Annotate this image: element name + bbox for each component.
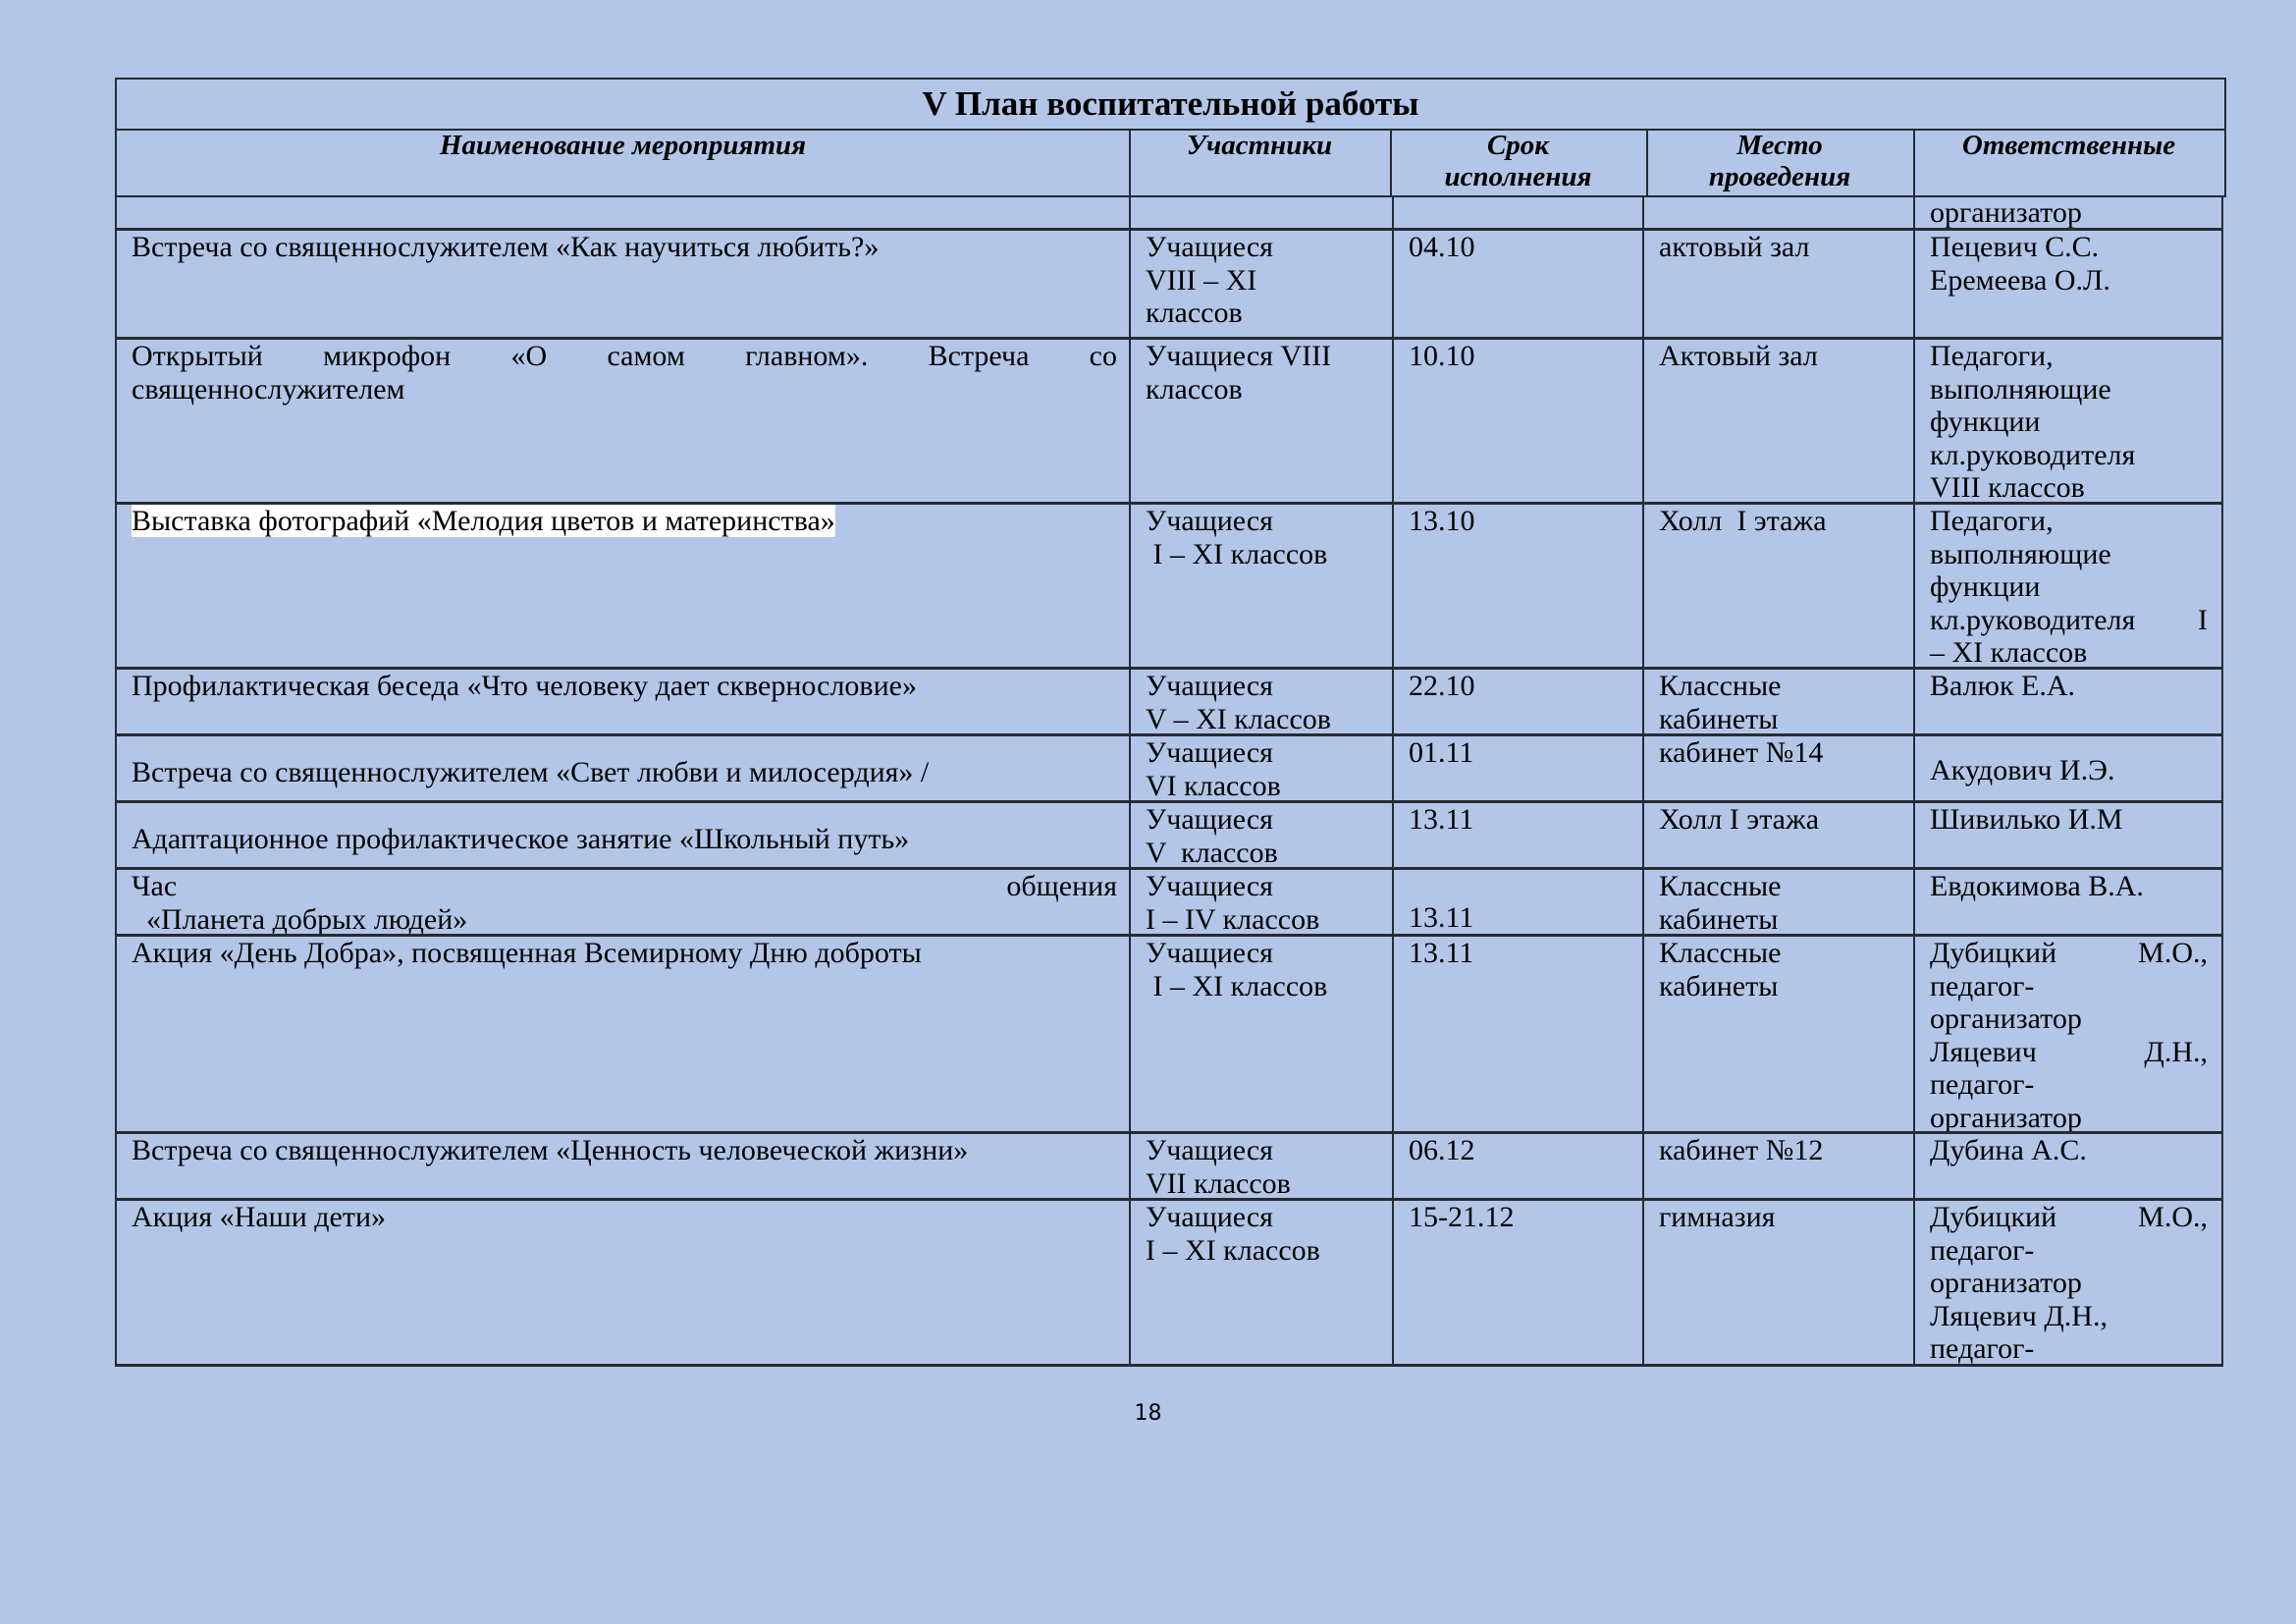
cell-responsible: Шивилько И.М [1913,803,2223,870]
cell-place: гимназия [1642,1201,1915,1367]
cell-text: Еремеева О.Л. [1930,264,2208,298]
cell-event: Встреча со священнослужителем «Свет любв… [115,736,1131,803]
cell-event: Выставка фотографий «Мелодия цветов и ма… [115,505,1131,670]
table-row: Адаптационное профилактическое занятие «… [115,803,2223,870]
cell-text: I – IV классов [1146,903,1380,937]
column-header-label: исполнения [1390,161,1646,192]
cell-text: Акция «Наши дети» [132,1201,1117,1234]
cell-text: Учащиеся VIII [1146,340,1380,373]
cell-event [115,196,1131,231]
column-header-label: Место [1646,130,1913,161]
cell-text: актовый зал [1659,231,1901,264]
cell-text: выполняющие [1930,373,2208,406]
column-header-event: Наименование мероприятия [115,129,1131,197]
cell-text: Час общения [132,870,1117,903]
table-row: Выставка фотографий «Мелодия цветов и ма… [115,505,2223,670]
highlighted-cell-text: Выставка фотографий «Мелодия цветов и ма… [132,505,835,537]
cell-responsible: Педагоги,выполняющиефункциикл.руководите… [1913,505,2223,670]
cell-place: кабинет №12 [1642,1134,1915,1201]
cell-text: 01.11 [1409,736,1630,770]
cell-place: Классныекабинеты [1642,870,1915,937]
column-header-responsible: Ответственные [1913,129,2226,197]
cell-text: «Планета добрых людей» [132,903,1117,937]
cell-text: Евдокимова В.А. [1930,870,2208,903]
table-header: Наименование мероприятияУчастникиСрокисп… [115,129,2226,197]
cell-text: Педагоги, [1930,340,2208,373]
cell-text: Классные [1659,870,1901,903]
cell-text: Акция «День Добра», посвященная Всемирно… [132,937,1117,970]
cell-text: Педагоги, [1930,505,2208,538]
cell-text: гимназия [1659,1201,1901,1234]
cell-participants: УчащиесяVIII – XIклассов [1129,231,1394,340]
cell-text: кабинеты [1659,903,1901,937]
cell-text: V – XI классов [1146,703,1380,736]
cell-text: Встреча со священнослужителем «Свет любв… [132,756,1117,789]
cell-text: организатор [1930,1102,2208,1135]
cell-deadline: 01.11 [1392,736,1644,803]
cell-text: Актовый зал [1659,340,1901,373]
cell-text: Учащиеся [1146,803,1380,837]
cell-event: Встреча со священнослужителем «Ценность … [115,1134,1131,1201]
cell-text: Валюк Е.А. [1930,670,2208,703]
table-row: Встреча со священнослужителем «Как научи… [115,231,2223,340]
cell-text: педагог- [1930,1234,2208,1268]
cell-text: Холл I этажа [1659,505,1901,538]
cell-text: Открытый микрофон «О самом главном». Вст… [132,340,1117,373]
table-row: Встреча со священнослужителем «Ценность … [115,1134,2223,1201]
cell-text: Адаптационное профилактическое занятие «… [132,823,1117,856]
cell-participants: УчащиесяI – XI классов [1129,1201,1394,1367]
cell-text: функции [1930,570,2208,604]
table-row: Акция «День Добра», посвященная Всемирно… [115,937,2223,1134]
cell-text: Встреча со священнослужителем «Ценность … [132,1134,1117,1167]
cell-place: Холл I этажа [1642,505,1915,670]
cell-text: – XI классов [1930,636,2208,670]
cell-text: Учащиеся [1146,670,1380,703]
cell-text: 15-21.12 [1409,1201,1630,1234]
cell-participants: Учащиеся VIIIклассов [1129,340,1394,505]
cell-event: Акция «Наши дети» [115,1201,1131,1367]
cell-text: Встреча со священнослужителем «Как научи… [132,231,1117,264]
cell-text: выполняющие [1930,538,2208,571]
cell-text: организатор [1930,196,2208,230]
cell-participants: УчащиесяV – XI классов [1129,670,1394,736]
cell-event: Встреча со священнослужителем «Как научи… [115,231,1131,340]
column-header-label: Наименование мероприятия [117,130,1129,161]
cell-deadline: 06.12 [1392,1134,1644,1201]
cell-place [1642,196,1915,231]
cell-participants: Учащиеся I – XI классов [1129,937,1394,1134]
cell-deadline: 13.10 [1392,505,1644,670]
cell-event: Адаптационное профилактическое занятие «… [115,803,1131,870]
cell-text: педагог- [1930,1068,2208,1102]
cell-text: 06.12 [1409,1134,1630,1167]
cell-responsible: Евдокимова В.А. [1913,870,2223,937]
cell-responsible: Дубина А.С. [1913,1134,2223,1201]
cell-text: кл.руководителя I [1930,604,2208,637]
cell-text: священнослужителем [132,373,1117,406]
cell-text: педагог- [1930,1332,2208,1366]
cell-responsible: Дубицкий М.О.,педагог-организаторЛяцевич… [1913,937,2223,1134]
cell-place: Классныекабинеты [1642,670,1915,736]
column-header-label: Ответственные [1913,130,2224,161]
cell-responsible: Валюк Е.А. [1913,670,2223,736]
cell-deadline: 15-21.12 [1392,1201,1644,1367]
cell-text: Учащиеся [1146,231,1380,264]
cell-event: Акция «День Добра», посвященная Всемирно… [115,937,1131,1134]
cell-text: кабинет №12 [1659,1134,1901,1167]
table-row: Встреча со священнослужителем «Свет любв… [115,736,2223,803]
cell-text: педагог- [1930,970,2208,1003]
cell-event: Открытый микрофон «О самом главном». Вст… [115,340,1131,505]
cell-deadline: 13.11 [1392,937,1644,1134]
cell-text: Ляцевич Д.Н., [1930,1036,2208,1069]
cell-text: Учащиеся [1146,937,1380,970]
cell-text: Классные [1659,937,1901,970]
cell-text: 13.11 [1409,803,1630,837]
cell-deadline [1392,196,1644,231]
cell-text: Учащиеся [1146,870,1380,903]
cell-text: кабинеты [1659,970,1901,1003]
cell-text: V классов [1146,837,1380,870]
cell-text: Дубицкий М.О., [1930,937,2208,970]
cell-text: Ляцевич Д.Н., [1930,1300,2208,1333]
cell-participants: Учащиеся I – XI классов [1129,505,1394,670]
cell-text: функции [1930,406,2208,439]
cell-text: 13.11 [1409,937,1630,970]
cell-deadline: 13.11 [1392,803,1644,870]
cell-text: Учащиеся [1146,736,1380,770]
column-header-place: Местопроведения [1646,129,1915,197]
cell-deadline: 22.10 [1392,670,1644,736]
cell-text: Учащиеся [1146,1134,1380,1167]
cell-text: VI классов [1146,770,1380,803]
document-page: V План воспитательной работы Наименовани… [0,0,2296,1624]
table-row: организатор [115,196,2223,231]
cell-place: Холл I этажа [1642,803,1915,870]
cell-responsible: Педагоги,выполняющиефункциикл.руководите… [1913,340,2223,505]
table-row: Профилактическая беседа «Что человеку да… [115,670,2223,736]
cell-event: Профилактическая беседа «Что человеку да… [115,670,1131,736]
cell-text: Холл I этажа [1659,803,1901,837]
cell-responsible: Пецевич С.С.Еремеева О.Л. [1913,231,2223,340]
cell-participants: УчащиесяVI классов [1129,736,1394,803]
cell-text: 13.11 [1409,901,1630,935]
cell-text: Профилактическая беседа «Что человеку да… [132,670,1117,703]
cell-text: кабинеты [1659,703,1901,736]
cell-text: Акудович И.Э. [1930,754,2208,787]
cell-text: VII классов [1146,1167,1380,1201]
table-row: Открытый микрофон «О самом главном». Вст… [115,340,2223,505]
cell-text: Учащиеся [1146,505,1380,538]
cell-responsible: организатор [1913,196,2223,231]
cell-place: Классныекабинеты [1642,937,1915,1134]
column-header-label: Срок [1390,130,1646,161]
cell-text: 13.10 [1409,505,1630,538]
cell-event: Час общения «Планета добрых людей» [115,870,1131,937]
cell-text: классов [1146,297,1380,330]
cell-deadline: 10.10 [1392,340,1644,505]
cell-text: Учащиеся [1146,1201,1380,1234]
cell-text: I – XI классов [1146,538,1380,571]
cell-deadline: 13.11 [1392,870,1644,937]
cell-text: Классные [1659,670,1901,703]
column-header-label: Участники [1129,130,1390,161]
cell-text: VIII – XI [1146,264,1380,298]
column-header-label: проведения [1646,161,1913,192]
cell-place: Актовый зал [1642,340,1915,505]
cell-text: I – XI классов [1146,1234,1380,1268]
cell-participants: УчащиесяI – IV классов [1129,870,1394,937]
cell-text: 04.10 [1409,231,1630,264]
page-number: 18 [0,1396,2296,1432]
column-header-deadline: Срокисполнения [1390,129,1648,197]
cell-place: актовый зал [1642,231,1915,340]
cell-text: Дубицкий М.О., [1930,1201,2208,1234]
cell-place: кабинет №14 [1642,736,1915,803]
cell-responsible: Акудович И.Э. [1913,736,2223,803]
cell-text: классов [1146,373,1380,406]
cell-participants: УчащиесяV классов [1129,803,1394,870]
cell-text: Пецевич С.С. [1930,231,2208,264]
cell-deadline: 04.10 [1392,231,1644,340]
cell-text: кабинет №14 [1659,736,1901,770]
cell-responsible: Дубицкий М.О.,педагог-организаторЛяцевич… [1913,1201,2223,1367]
cell-participants: УчащиесяVII классов [1129,1134,1394,1201]
section-title: V План воспитательной работы [115,78,2226,131]
column-header-participants: Участники [1129,129,1392,197]
cell-text: VIII классов [1930,471,2208,505]
cell-text: I – XI классов [1146,970,1380,1003]
cell-text: 22.10 [1409,670,1630,703]
cell-text: кл.руководителя [1930,439,2208,472]
cell-participants [1129,196,1394,231]
cell-text: Шивилько И.М [1930,803,2208,837]
cell-text: организатор [1930,1002,2208,1036]
cell-text: 10.10 [1409,340,1630,373]
table-row: Акция «Наши дети»УчащиесяI – XI классов1… [115,1201,2223,1367]
table-row: Час общения «Планета добрых людей»Учащие… [115,870,2223,937]
cell-text: Дубина А.С. [1930,1134,2208,1167]
cell-text: организатор [1930,1267,2208,1300]
